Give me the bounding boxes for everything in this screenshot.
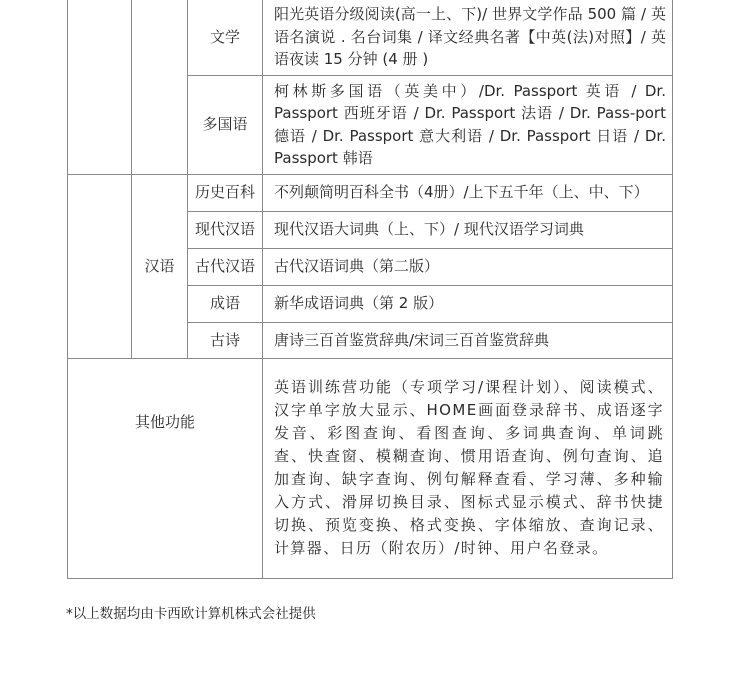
language-cell-continued: [132, 0, 188, 174]
content-cell: 阳光英语分级阅读(高一上、下)/ 世界文学作品 500 篇 / 英语名演说 . …: [263, 0, 673, 75]
category-cell-continued: [68, 0, 132, 174]
subcategory-cell: 古代汉语: [188, 248, 263, 285]
content-cell: 现代汉语大词典（上、下）/ 现代汉语学习词典: [263, 211, 673, 248]
dictionary-content-table: 文学 阳光英语分级阅读(高一上、下)/ 世界文学作品 500 篇 / 英语名演说…: [67, 0, 673, 579]
table-row: 汉语 历史百科 不列颠简明百科全书（4册）/上下五千年（上、中、下）: [68, 174, 673, 211]
footnote: *以上数据均由卡西欧计算机株式会社提供: [66, 602, 316, 622]
other-functions-label: 其他功能: [68, 358, 263, 578]
content-cell: 唐诗三百首鉴赏辞典/宋词三百首鉴赏辞典: [263, 322, 673, 358]
subcategory-cell: 成语: [188, 285, 263, 322]
table-row-other-functions: 其他功能 英语训练营功能（专项学习/课程计划）、阅读模式、汉字单字放大显示、HO…: [68, 358, 673, 578]
subcategory-cell: 文学: [188, 0, 263, 75]
subcategory-cell: 历史百科: [188, 174, 263, 211]
content-cell: 新华成语词典（第 2 版）: [263, 285, 673, 322]
subcategory-cell: 现代汉语: [188, 211, 263, 248]
language-cell-chinese: 汉语: [132, 174, 188, 358]
content-cell: 柯林斯多国语（英美中）/Dr. Passport 英语 / Dr. Passpo…: [263, 75, 673, 174]
category-cell-empty: [68, 174, 132, 358]
subcategory-cell: 古诗: [188, 322, 263, 358]
content-cell: 古代汉语词典（第二版）: [263, 248, 673, 285]
content-cell: 不列颠简明百科全书（4册）/上下五千年（上、中、下）: [263, 174, 673, 211]
table-row: 文学 阳光英语分级阅读(高一上、下)/ 世界文学作品 500 篇 / 英语名演说…: [68, 0, 673, 75]
subcategory-cell: 多国语: [188, 75, 263, 174]
other-functions-content: 英语训练营功能（专项学习/课程计划）、阅读模式、汉字单字放大显示、HOME画面登…: [263, 358, 673, 578]
